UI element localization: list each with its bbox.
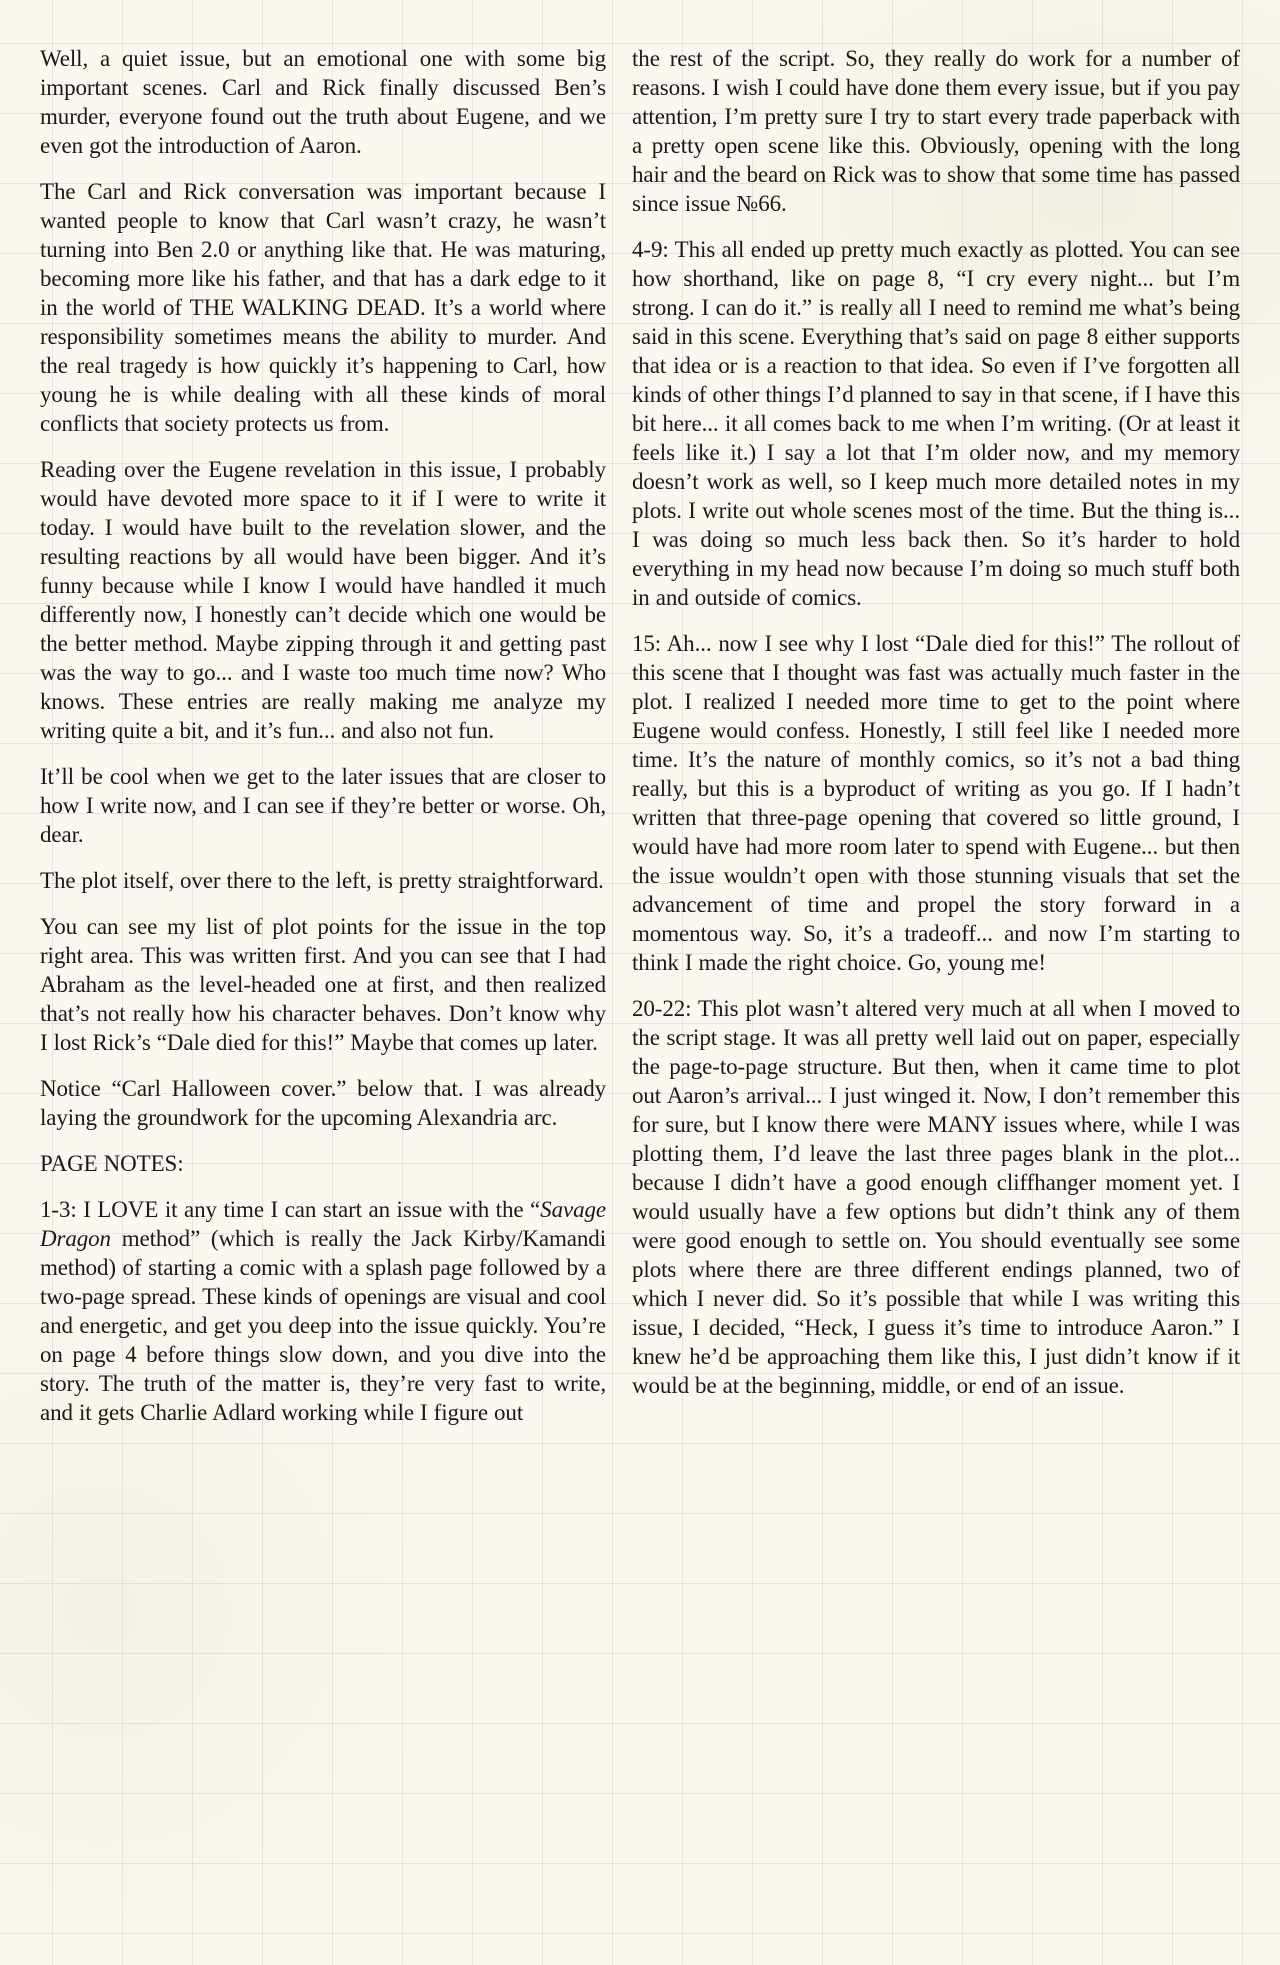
paragraph: Reading over the Eugene revelation in th…: [40, 455, 606, 745]
text-run: 20-22: This plot wasn’t altered very muc…: [632, 996, 1246, 1398]
text-run: 15: Ah... now I see why I lost “Dale die…: [632, 631, 1246, 975]
paragraph: the rest of the script. So, they really …: [632, 44, 1240, 218]
paragraph: You can see my list of plot points for t…: [40, 912, 606, 1057]
text-run: PAGE NOTES:: [40, 1151, 184, 1176]
paragraph: Notice “Carl Halloween cover.” below tha…: [40, 1074, 606, 1132]
paragraph: The Carl and Rick conversation was impor…: [40, 177, 606, 438]
text-run: It’ll be cool when we get to the later i…: [40, 764, 612, 847]
text-columns: Well, a quiet issue, but an emotional on…: [40, 44, 1240, 1444]
text-run: Well, a quiet issue, but an emotional on…: [40, 46, 612, 158]
paragraph: 4-9: This all ended up pretty much exact…: [632, 235, 1240, 612]
document-page: Well, a quiet issue, but an emotional on…: [0, 0, 1280, 1965]
paragraph: 20-22: This plot wasn’t altered very muc…: [632, 994, 1240, 1400]
text-run: method” (which is really the Jack Kirby/…: [40, 1226, 612, 1425]
text-column-left: Well, a quiet issue, but an emotional on…: [40, 44, 606, 1444]
paragraph: 15: Ah... now I see why I lost “Dale die…: [632, 629, 1240, 977]
paragraph: It’ll be cool when we get to the later i…: [40, 762, 606, 849]
text-run: the rest of the script. So, they really …: [632, 46, 1246, 216]
text-run: 4-9: This all ended up pretty much exact…: [632, 237, 1246, 610]
text-run: The Carl and Rick conversation was impor…: [40, 179, 612, 436]
text-run: Notice “Carl Halloween cover.” below tha…: [40, 1076, 612, 1130]
text-run: You can see my list of plot points for t…: [40, 914, 612, 1055]
paragraph: PAGE NOTES:: [40, 1149, 606, 1178]
text-run: Reading over the Eugene revelation in th…: [40, 457, 612, 743]
text-run: 1-3: I LOVE it any time I can start an i…: [40, 1197, 540, 1222]
paragraph: Well, a quiet issue, but an emotional on…: [40, 44, 606, 160]
text-run: The plot itself, over there to the left,…: [40, 868, 604, 893]
paragraph: The plot itself, over there to the left,…: [40, 866, 606, 895]
text-column-right: the rest of the script. So, they really …: [632, 44, 1240, 1417]
paragraph: 1-3: I LOVE it any time I can start an i…: [40, 1195, 606, 1427]
